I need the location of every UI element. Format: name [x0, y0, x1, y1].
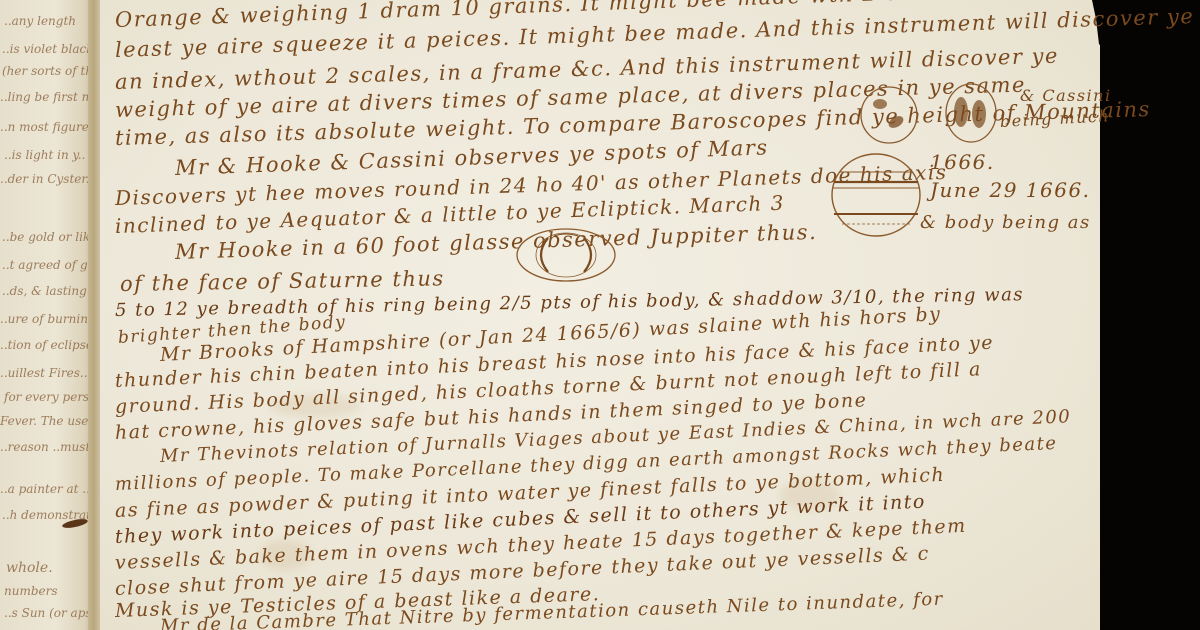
left-fragment: ..ling be first made	[0, 90, 92, 104]
left-fragment: (her sorts of the..	[2, 64, 92, 78]
left-fragment: ..is light in y..	[4, 148, 85, 162]
left-fragment: ..ds, & lasting ..	[2, 284, 92, 298]
left-fragment: ..tion of eclipse..	[0, 338, 92, 352]
left-fragment: Fever. The use..	[0, 414, 92, 428]
book-gutter	[88, 0, 102, 630]
left-fragment: ..uillest Fires..	[0, 366, 88, 380]
annotation-date-june: June 29 1666.	[930, 178, 1091, 202]
annotation-cassini: & Cassini	[1020, 86, 1112, 105]
left-fragment: ..ure of burning..	[0, 312, 92, 326]
annotation-date-1666: 1666.	[930, 150, 995, 174]
left-fragment: numbers	[4, 584, 58, 598]
left-fragment: ..s Sun (or apsid).	[4, 606, 92, 620]
left-fragment: ..a painter at ..	[0, 482, 90, 496]
annotation-body-being: & body being as	[920, 212, 1091, 233]
left-fragment: whole.	[6, 560, 53, 576]
left-fragment: ..t agreed of glass..	[2, 258, 92, 272]
left-fragment: ..n most figure..	[0, 120, 92, 134]
left-fragment: ..der in Cyster.	[0, 172, 90, 186]
left-fragment: ..be gold or like	[2, 230, 92, 244]
jupiter-disc-sketch	[830, 152, 922, 238]
left-fragment: for every person..	[4, 390, 92, 404]
saturn-ring-sketch	[514, 226, 618, 284]
left-fragment: ..any length	[4, 14, 76, 28]
mars-disc-1-sketch	[858, 84, 920, 146]
mars-disc-2-sketch	[944, 82, 998, 144]
left-fragment: ..reason ..must be..	[0, 440, 92, 454]
left-page: ..any length ..is violet black.. (her so…	[0, 0, 92, 630]
left-fragment: ..is violet black..	[2, 42, 92, 56]
